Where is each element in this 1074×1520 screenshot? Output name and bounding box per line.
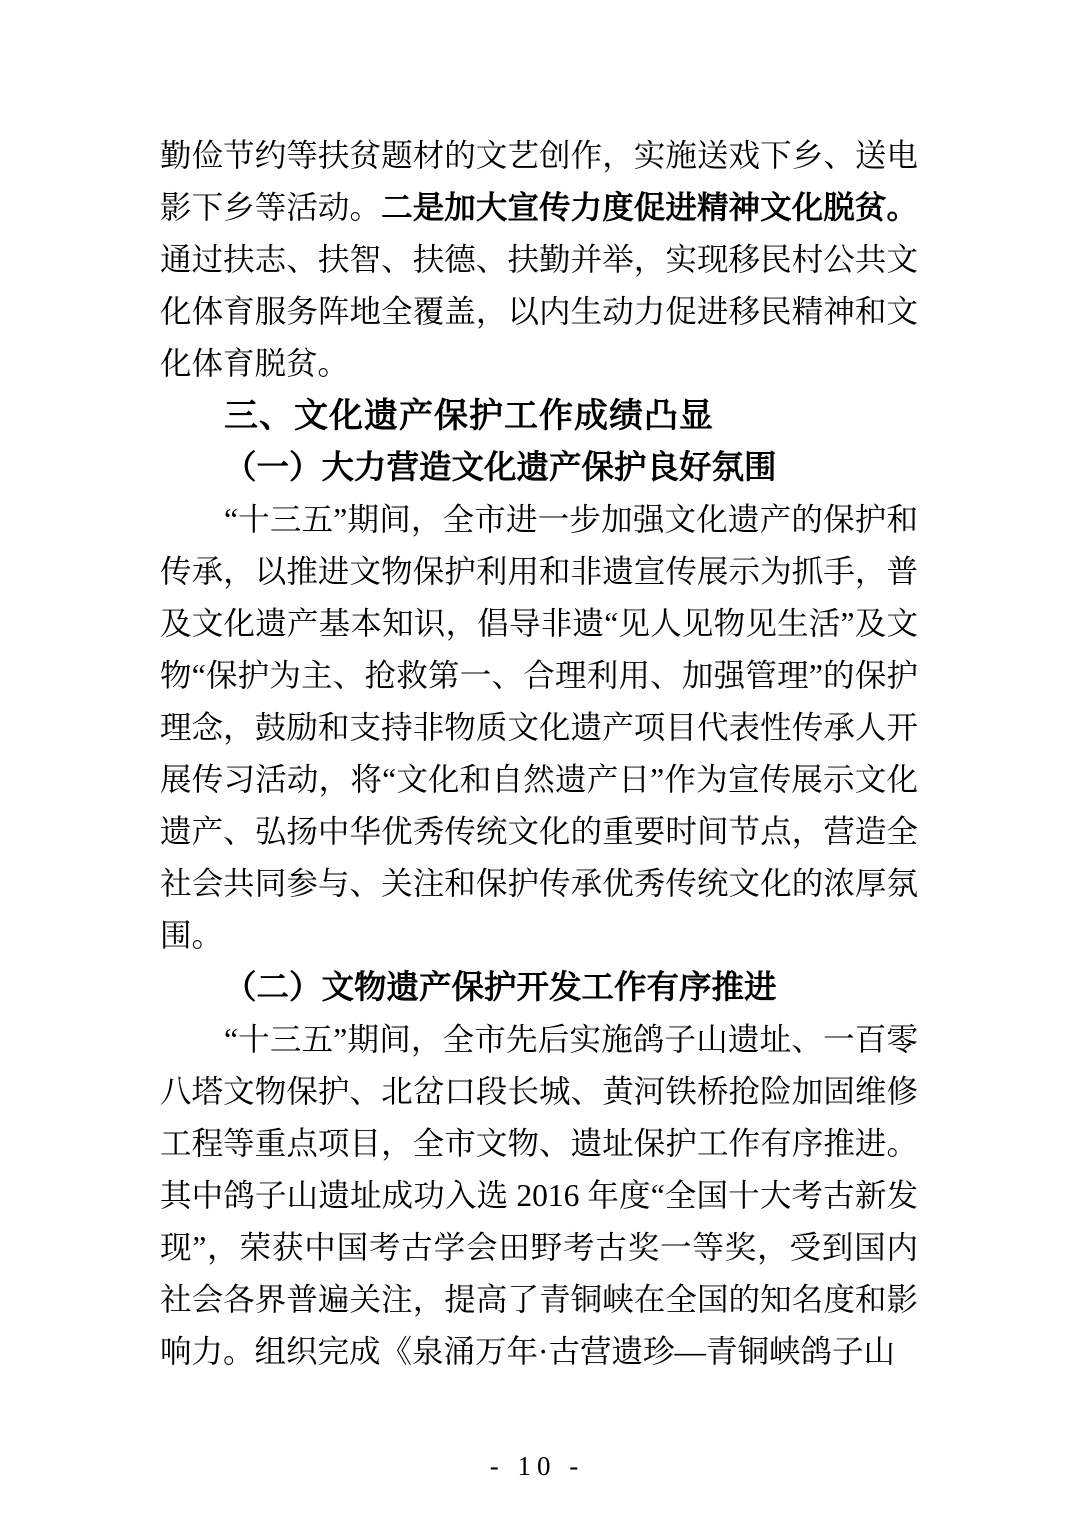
section-heading: 三、文化遗产保护工作成绩凸显: [160, 390, 918, 442]
page-content: 勤俭节约等扶贫题材的文艺创作，实施送戏下乡、送电影下乡等活动。二是加大宣传力度促…: [160, 130, 918, 1378]
bold-emphasis-run: 二是加大宣传力度促进精神文化脱贫。: [381, 190, 918, 225]
paragraph-2: “十三五”期间，全市先后实施鸽子山遗址、一百零八塔文物保护、北岔口段长城、黄河铁…: [160, 1014, 918, 1378]
page-number: - 10 -: [0, 1450, 1074, 1482]
document-page: 勤俭节约等扶贫题材的文艺创作，实施送戏下乡、送电影下乡等活动。二是加大宣传力度促…: [0, 0, 1074, 1520]
paragraph-1: “十三五”期间，全市进一步加强文化遗产的保护和传承，以推进文物保护利用和非遗宣传…: [160, 494, 918, 962]
paragraph-continuation: 勤俭节约等扶贫题材的文艺创作，实施送戏下乡、送电影下乡等活动。二是加大宣传力度促…: [160, 130, 918, 390]
subsection-heading-2: （二）文物遗产保护开发工作有序推进: [160, 962, 918, 1014]
subsection-heading-1: （一）大力营造文化遗产保护良好氛围: [160, 442, 918, 494]
paragraph-text-run: 通过扶志、扶智、扶德、扶勤并举，实现移民村公共文化体育服务阵地全覆盖，以内生动力…: [160, 242, 918, 381]
